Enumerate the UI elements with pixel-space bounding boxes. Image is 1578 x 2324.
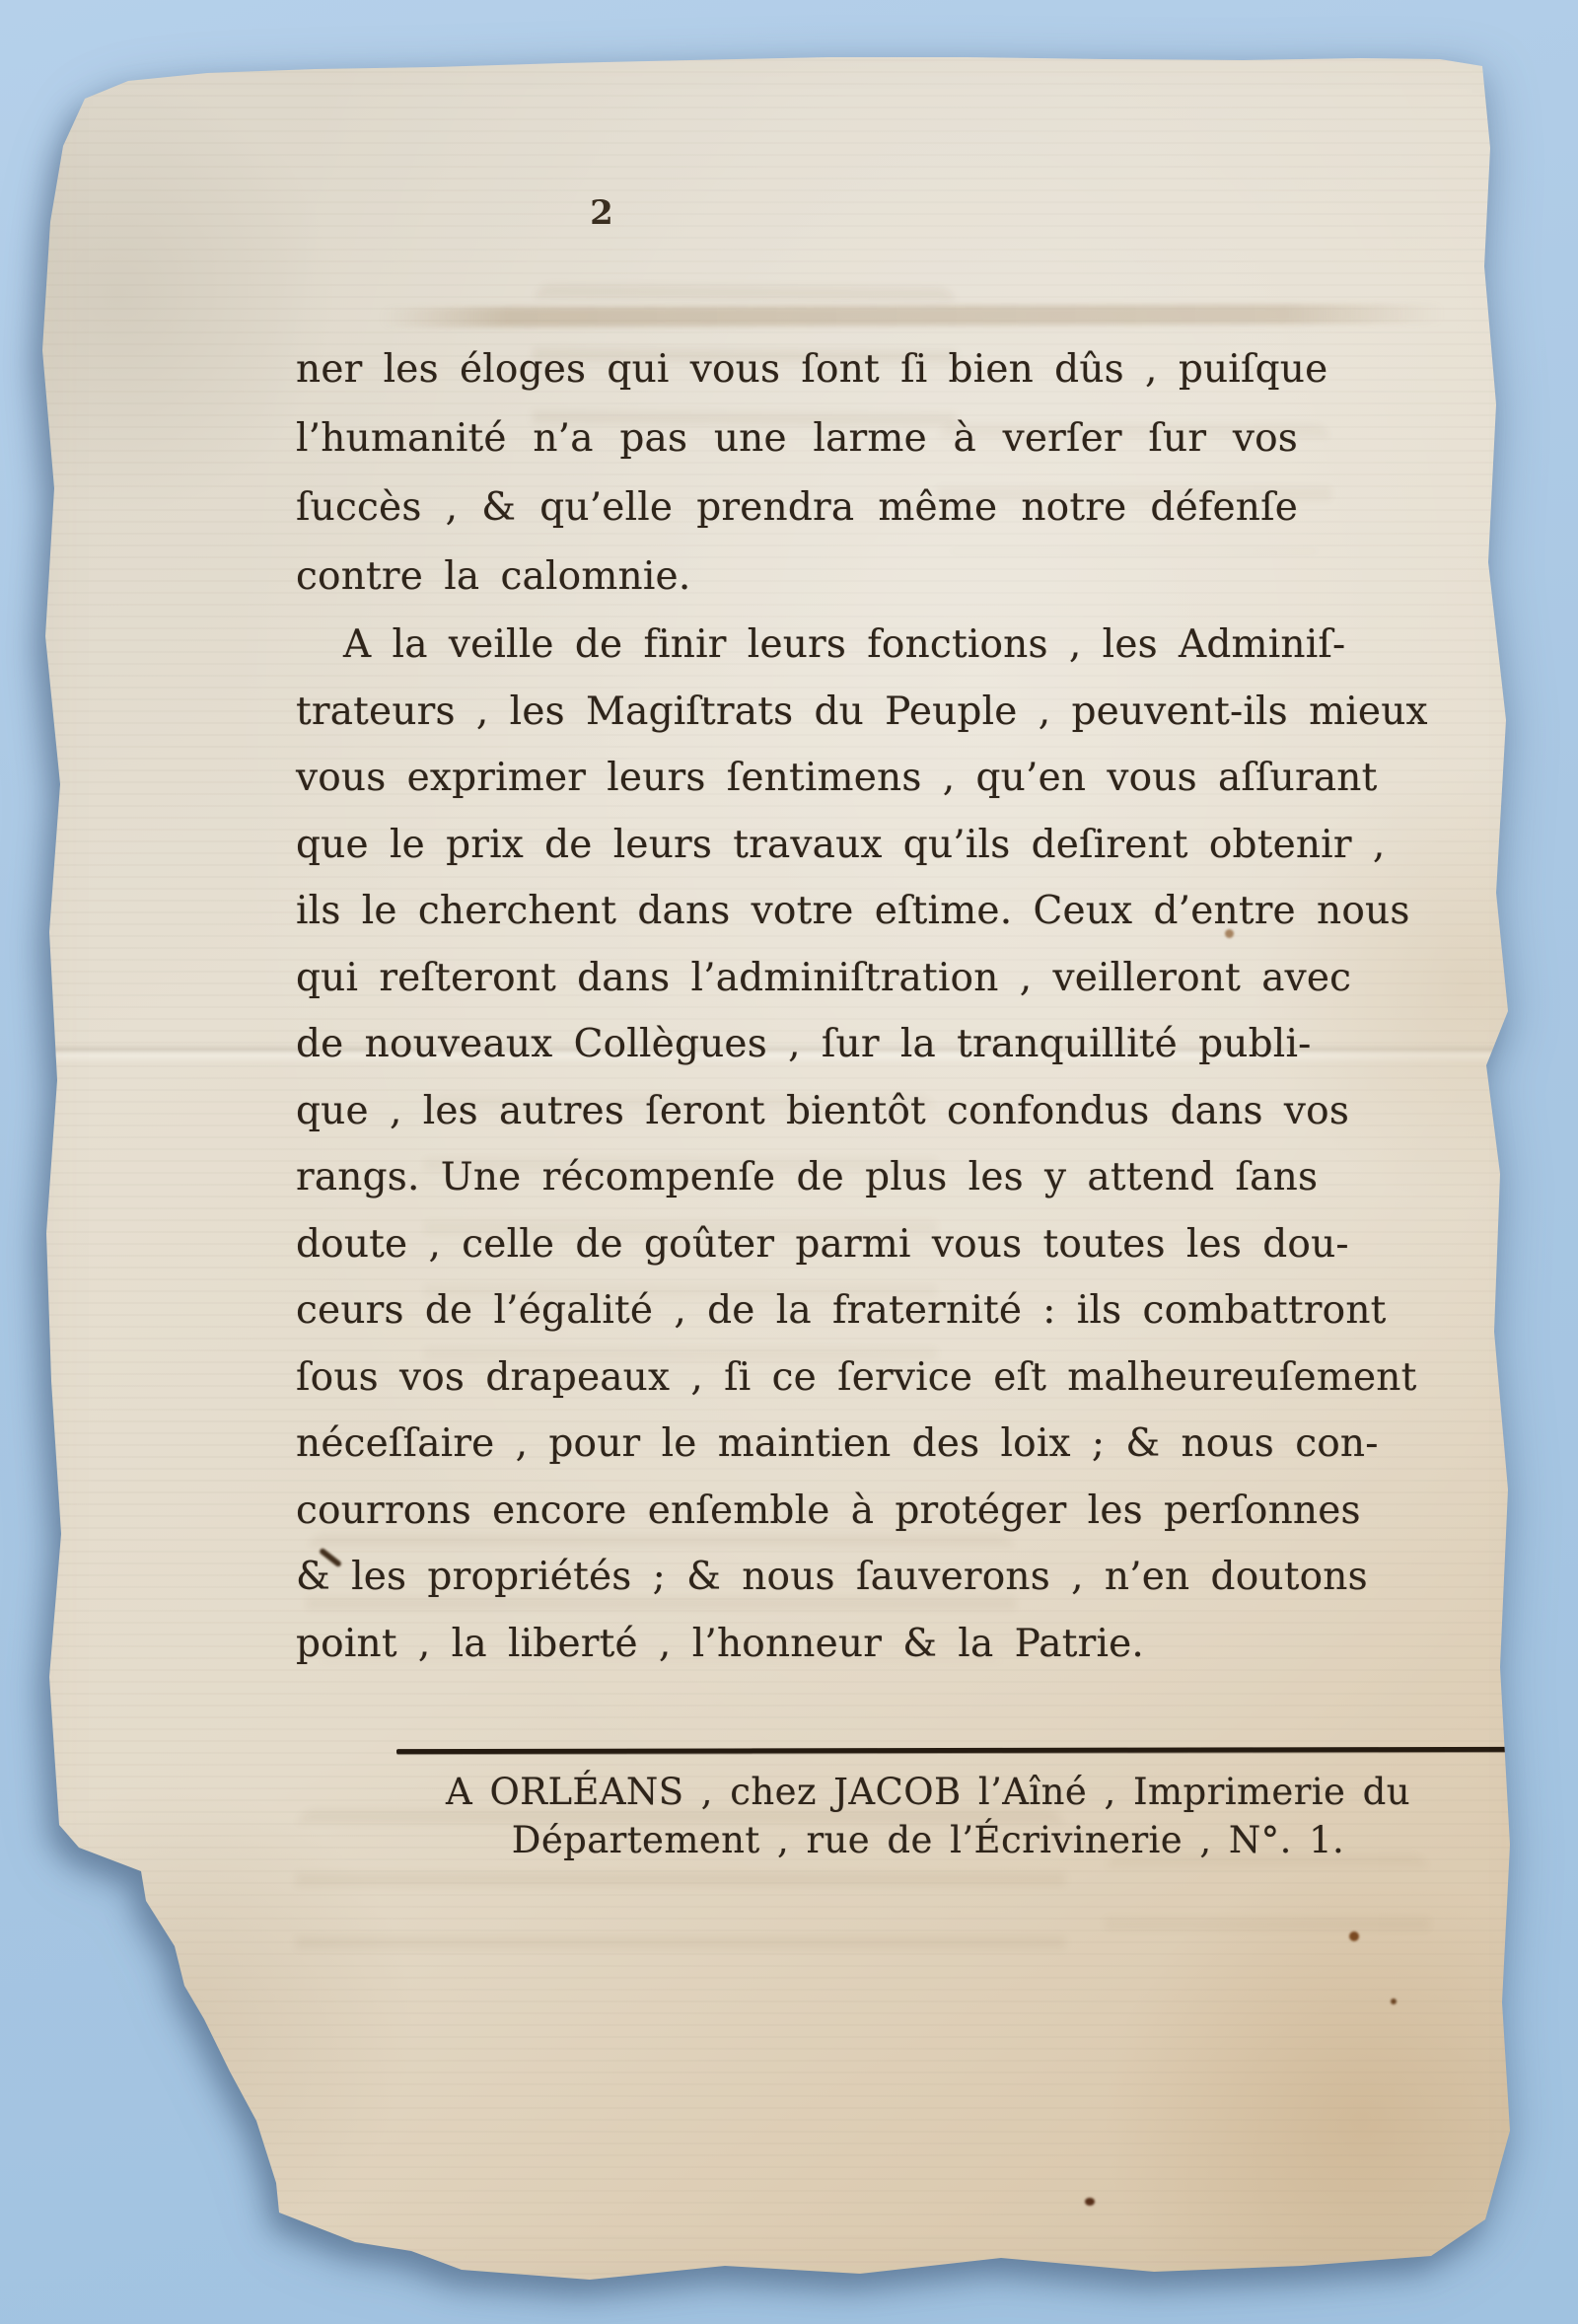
text-line: qui reſteront dans l’adminiſtration , ve… [296, 945, 1298, 1012]
text-line: A la veille de finir leurs fonctions , l… [296, 612, 1298, 679]
scan-background: 2 ner les éloges qui vous ſont ſi bien d… [0, 0, 1578, 2324]
imprint-line: Département , rue de l’Écrivinerie , N°.… [383, 1816, 1473, 1864]
text-line: doute , celle de goûter parmi vous toute… [296, 1211, 1298, 1278]
separator-rule [396, 1747, 1514, 1754]
text-line: que , les autres ſeront bientôt confondu… [296, 1078, 1298, 1145]
text-line: que le prix de leurs travaux qu’ils deſi… [296, 812, 1298, 879]
text-line: courrons encore enſemble à protéger les … [296, 1478, 1298, 1545]
text-line: ſous vos drapeaux , ſi ce ſervice eſt ma… [296, 1344, 1298, 1412]
text-line: vous exprimer leurs ſentimens , qu’en vo… [296, 745, 1298, 812]
paragraph: ner les éloges qui vous ſont ſi bien dûs… [296, 335, 1298, 612]
paper-sheet: 2 ner les éloges qui vous ſont ſi bien d… [0, 0, 1578, 2324]
imprint-line: A ORLÉANS , chez JACOB l’Aîné , Imprimer… [383, 1768, 1473, 1816]
text-line: & les propriétés ; & nous ſauverons , n’… [296, 1544, 1298, 1611]
paper-shadow: 2 ner les éloges qui vous ſont ſi bien d… [0, 0, 1578, 2324]
text-line: ner les éloges qui vous ſont ſi bien dûs… [296, 335, 1298, 404]
text-line: de nouveaux Collègues , ſur la tranquill… [296, 1011, 1298, 1078]
ink-smear [380, 304, 1445, 327]
imprint: A ORLÉANS , chez JACOB l’Aîné , Imprimer… [383, 1768, 1473, 1864]
text-line: trateurs , les Magiſtrats du Peuple , pe… [296, 679, 1298, 746]
paragraph: A la veille de finir leurs fonctions , l… [296, 612, 1298, 1677]
foxing-spot [1349, 1931, 1359, 1941]
page-number: 2 [552, 193, 651, 233]
text-line: point , la liberté , l’honneur & la Patr… [296, 1611, 1298, 1678]
body-text: ner les éloges qui vous ſont ſi bien dûs… [296, 335, 1298, 1677]
text-line: ſuccès , & qu’elle prendra même notre dé… [296, 473, 1298, 543]
text-line: rangs. Une récompenſe de plus les y atte… [296, 1144, 1298, 1211]
foxing-spot [1391, 1998, 1397, 2004]
text-line: néceſſaire , pour le maintien des loix ;… [296, 1411, 1298, 1478]
text-line: ceurs de l’égalité , de la fraternité : … [296, 1277, 1298, 1344]
foxing-spot [1085, 2198, 1095, 2206]
text-line: contre la calomnie. [296, 543, 1298, 612]
text-line: l’humanité n’a pas une larme à verſer ſu… [296, 404, 1298, 473]
showthrough-smudge [1105, 1854, 1430, 1943]
text-line: ils le cherchent dans votre eſtime. Ceux… [296, 878, 1298, 945]
